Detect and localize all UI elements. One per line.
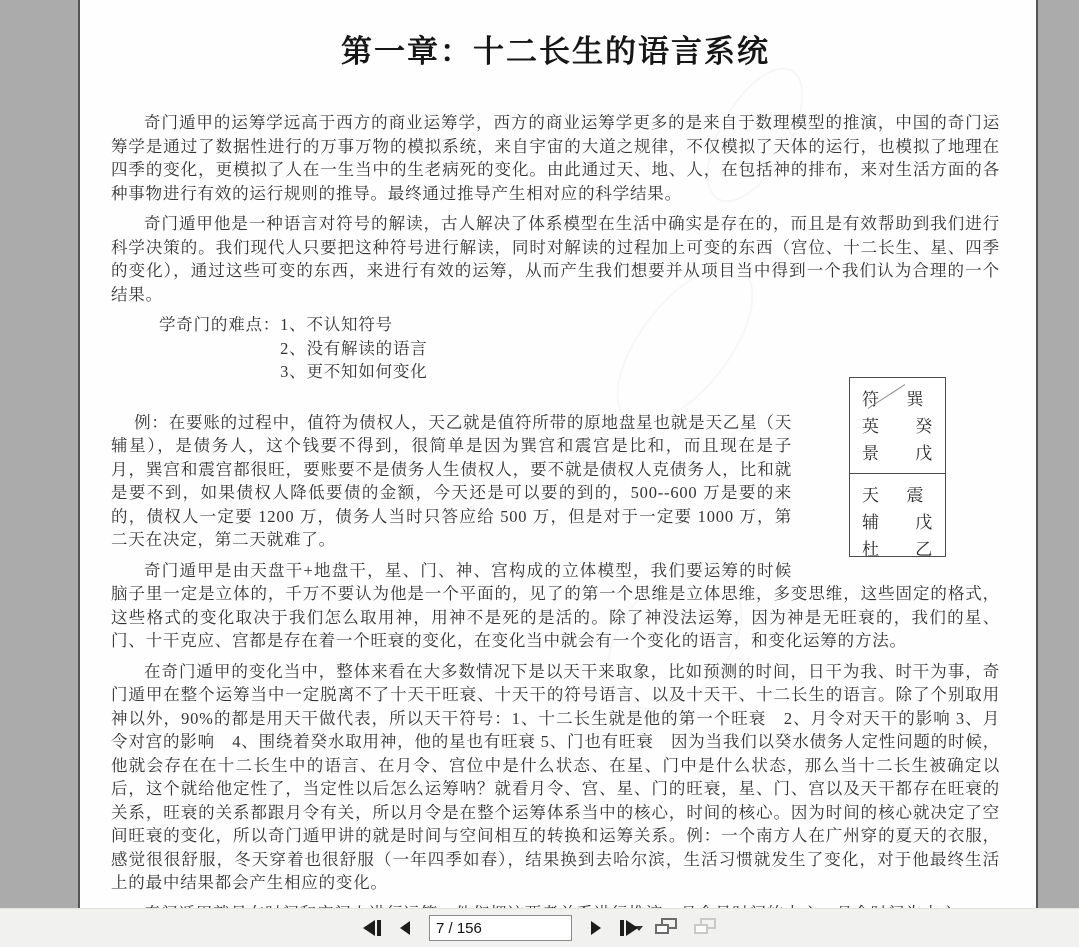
qimen-symbol: 巽 [899, 386, 936, 413]
paragraph-3: 奇门遁甲是由天盘干+地盘干，星、门、神、宫构成的立体模型，我们要运筹的时候脑子里… [111, 559, 1000, 653]
page-number-input[interactable] [430, 917, 635, 939]
last-page-button[interactable] [618, 918, 640, 938]
previous-view-button[interactable] [655, 918, 679, 938]
qimen-symbol: 英 [862, 413, 899, 440]
qimen-palace-box: 符 巽 英 癸 景 戊 天 震 辅 戊 杜 乙 [849, 377, 946, 557]
difficulty-item: 3、更不知如何变化 [280, 360, 427, 384]
qimen-symbol: 乙 [899, 536, 936, 563]
qimen-chart-float: 符 巽 英 癸 景 戊 天 震 辅 戊 杜 乙 [818, 377, 946, 557]
triangle-left-icon [400, 921, 410, 935]
page-number-combo[interactable] [429, 915, 572, 941]
next-page-button[interactable] [589, 919, 603, 937]
next-view-button[interactable] [694, 918, 718, 938]
qimen-symbol: 戊 [899, 509, 936, 536]
qimen-symbol: 杜 [862, 536, 899, 563]
previous-page-button[interactable] [398, 919, 412, 937]
first-page-button[interactable] [361, 918, 383, 938]
paragraph-4: 在奇门遁甲的变化当中，整体来看在大多数情况下是以天干来取象，比如预测的时间，日干… [111, 660, 1000, 895]
qimen-symbol: 天 [862, 482, 899, 509]
difficulties-list: 学奇门的难点： 1、不认知符号 2、没有解读的语言 3、更不知如何变化 [159, 313, 1000, 384]
qimen-symbol: 辅 [862, 509, 899, 536]
qimen-palace-zhen: 天 震 辅 戊 杜 乙 [850, 474, 945, 556]
triangle-right-icon [626, 920, 638, 936]
window-icon [694, 924, 708, 934]
window-icon [655, 924, 669, 934]
pdf-page: 第一章：十二长生的语言系统 奇门遁甲的运筹学远高于西方的商业运筹学，西方的商业运… [78, 0, 1038, 908]
qimen-symbol: 戊 [899, 440, 936, 467]
pdf-navigation-toolbar [0, 908, 1079, 947]
paragraph-2: 奇门遁甲他是一种语言对符号的解读，古人解决了体系模型在生活中确实是存在的，而且是… [111, 212, 1000, 306]
qimen-symbol: 癸 [899, 413, 936, 440]
triangle-right-icon [591, 921, 601, 935]
qimen-symbol: 震 [899, 482, 936, 509]
difficulty-item: 2、没有解读的语言 [280, 337, 427, 361]
bar-icon [620, 920, 624, 936]
difficulties-lead: 学奇门的难点： [159, 313, 280, 384]
paragraph-1: 奇门遁甲的运筹学远高于西方的商业运筹学，西方的商业运筹学更多的是来自于数理模型的… [111, 111, 1000, 205]
triangle-left-icon [363, 920, 375, 936]
difficulty-item: 1、不认知符号 [280, 313, 427, 337]
page-title: 第一章：十二长生的语言系统 [111, 26, 1000, 71]
qimen-symbol: 景 [862, 440, 899, 467]
qimen-palace-xun: 符 巽 英 癸 景 戊 [850, 378, 945, 474]
bar-icon [377, 920, 381, 936]
